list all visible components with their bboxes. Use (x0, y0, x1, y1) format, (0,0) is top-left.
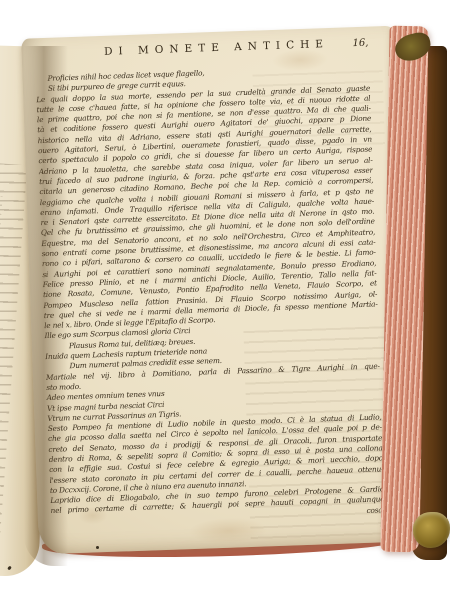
recto-page: DI MONETE ANTICHE 16, Proficies nihil ho… (21, 26, 415, 555)
book-photo: DI MONETE ANTICHE 16, Proficies nihil ho… (0, 0, 450, 600)
text-block: Proficies nihil hoc cedas licet vsque fl… (35, 63, 385, 527)
page-number: 16, (352, 38, 368, 50)
ink-speck (96, 546, 99, 549)
facing-page-text-fragments (0, 163, 27, 572)
header-title: DI MONETE ANTICHE (48, 36, 384, 60)
